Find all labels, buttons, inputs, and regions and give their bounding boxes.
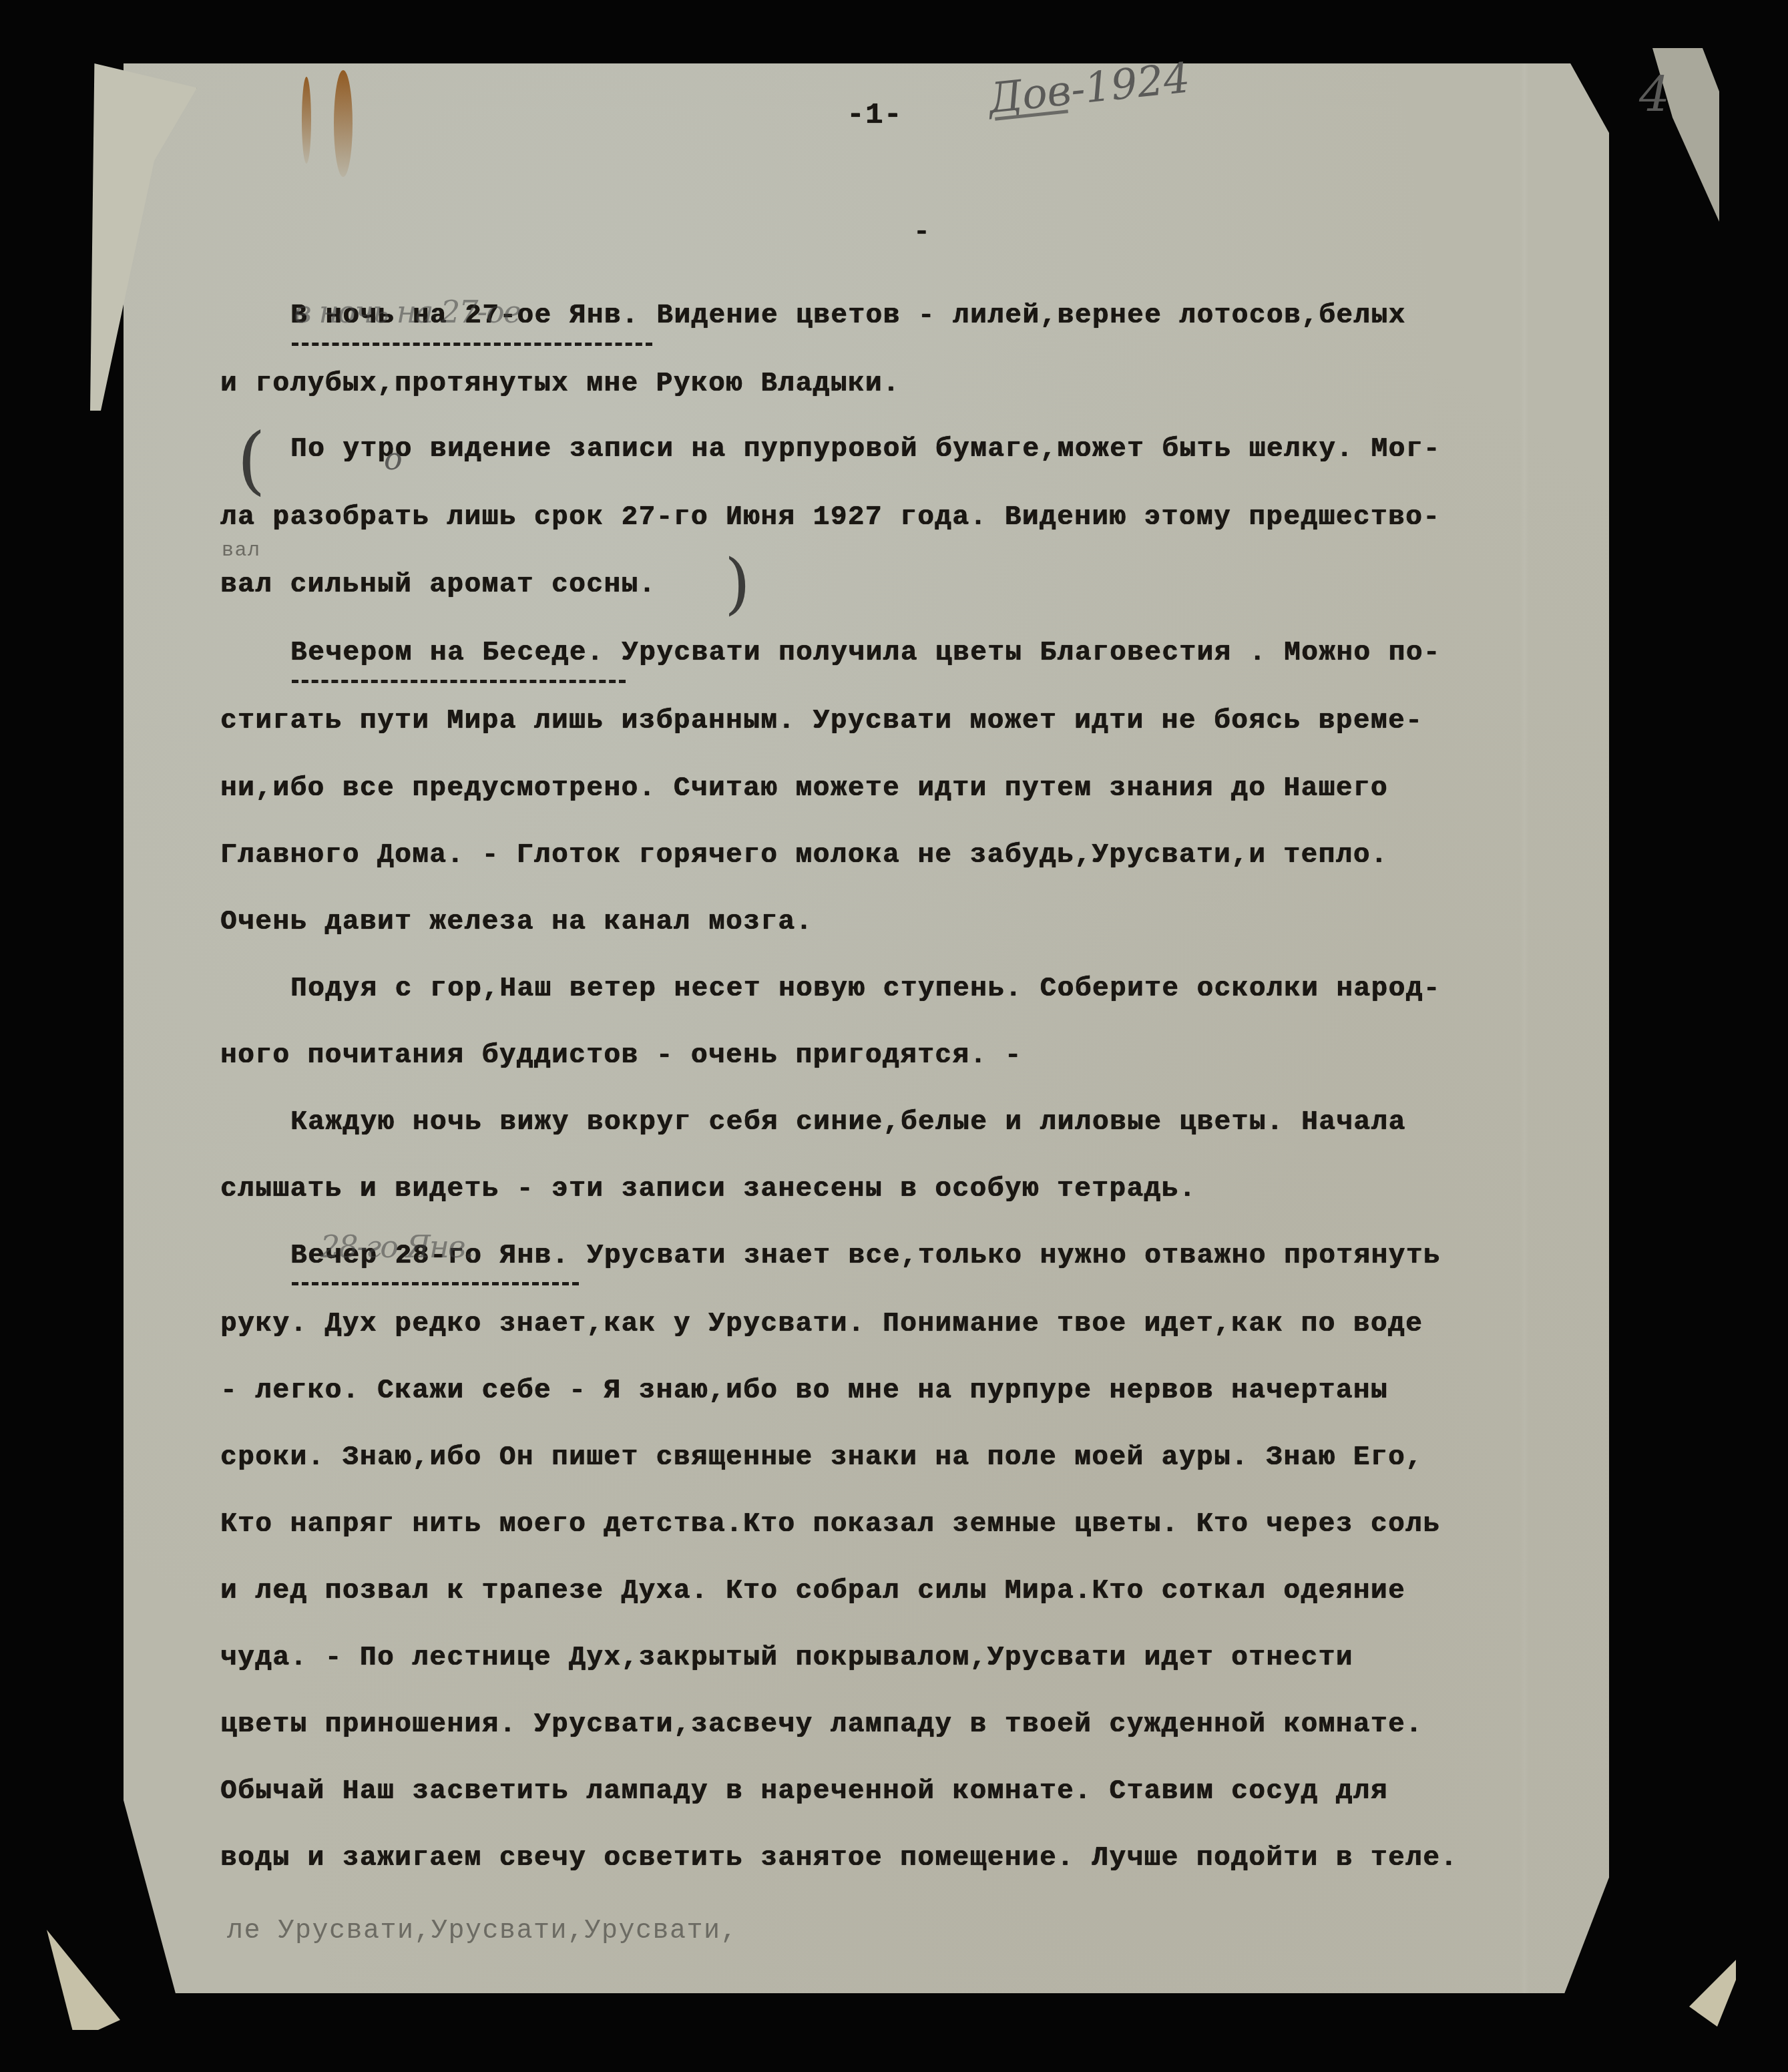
heading-underline — [292, 343, 652, 346]
heading-underline — [292, 1282, 579, 1285]
text-line: Кто напряг нить моего детства.Кто показа… — [220, 1509, 1440, 1540]
text-line: и голубых,протянутых мне Рукою Владыки. — [220, 369, 900, 399]
text-line: слышать и видеть - эти записи занесены в… — [220, 1174, 1196, 1205]
typed-mark: - — [913, 217, 931, 248]
rust-stain — [334, 70, 353, 177]
carbon-bleed-text: ле Урусвати,Урусвати,Урусвати, — [227, 1916, 738, 1946]
text-line: Каждую ночь вижу вокруг себя синие,белые… — [290, 1107, 1406, 1138]
text-line: Обычай Наш засветить лампаду в нареченно… — [220, 1776, 1388, 1807]
interlinear-insert: вал — [222, 540, 261, 562]
handwritten-correction: о — [384, 441, 403, 477]
text-line: вал сильный аромат сосны. — [220, 570, 656, 600]
text-line: ни,ибо все предусмотрено. Считаю можете … — [220, 773, 1388, 804]
text-line: Главного Дома. - Глоток горячего молока … — [220, 840, 1388, 871]
handwritten-overwrite: 28-го Янв. — [320, 1229, 473, 1265]
rust-stain — [302, 77, 311, 164]
text-line: чуда. - По лестнице Дух,закрытый покрыва… — [220, 1643, 1353, 1673]
handwritten-overwrite: в ночь на 27-ое — [294, 294, 520, 330]
text-line: руку. Дух редко знает,как у Урусвати. По… — [220, 1309, 1423, 1339]
bracket-open: ( — [237, 417, 266, 503]
text-line: сроки. Знаю,ибо Он пишет священные знаки… — [220, 1442, 1423, 1473]
text-line: стигать пути Мира лишь избранным. Урусва… — [220, 706, 1423, 737]
text-line: Вечером на Беседе. Урусвати получила цве… — [290, 638, 1441, 668]
text-line: цветы приношения. Урусвати,засвечу лампа… — [220, 1709, 1423, 1740]
text-line: ного почитания буддистов - очень пригодя… — [220, 1040, 1022, 1071]
text-line: ла разобрать лишь срок 27-го Июня 1927 г… — [220, 502, 1440, 533]
text-line: По утро видение записи на пурпуровой бум… — [290, 434, 1441, 465]
text-line: - легко. Скажи себе - Я знаю,ибо во мне … — [220, 1376, 1388, 1406]
heading-underline — [292, 680, 626, 683]
text-line: и лед позвал к трапезе Духа. Кто собрал … — [220, 1576, 1405, 1607]
text-line: Подуя с гор,Наш ветер несет новую ступен… — [290, 974, 1441, 1004]
text-line: воды и зажигаем свечу осветить занятое п… — [220, 1843, 1458, 1874]
page-number: -1- — [847, 99, 903, 132]
archival-page — [124, 63, 1609, 1993]
folio-number: 4 — [1639, 67, 1670, 123]
bracket-close: ) — [724, 544, 750, 622]
folded-corner-bottom-right — [1689, 1960, 1736, 2027]
text-line: Очень давит железа на канал мозга. — [220, 907, 813, 938]
folded-corner-bottom-left — [47, 1930, 120, 2030]
